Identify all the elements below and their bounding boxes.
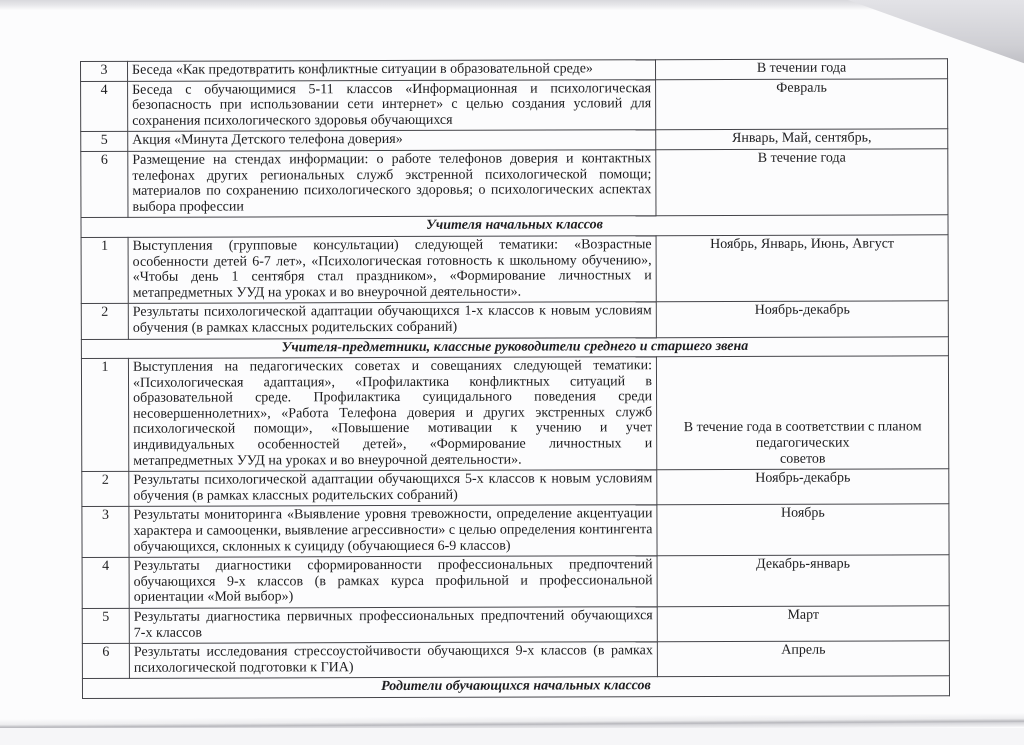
row-number-cell: 6	[81, 151, 128, 218]
timing-cell: В течении года	[655, 59, 947, 80]
activity-cell: Выступления (групповые консультации) сле…	[128, 236, 656, 304]
timing-cell: Февраль	[656, 78, 948, 130]
table-row: 6 Результаты исследования стрессоустойчи…	[82, 641, 949, 679]
activity-cell: Результаты исследования стрессоустойчиво…	[129, 642, 657, 679]
scanned-page: 3 Беседа «Как предотвратить конфликтные …	[80, 58, 949, 699]
section-header-cell: Учителя начальных классов	[81, 215, 948, 237]
table-row: 5 Акция «Минута Детского телефона довери…	[81, 129, 948, 151]
timing-cell: Март	[657, 606, 949, 642]
section-header-cell: Родители обучающихся начальных классов	[82, 676, 949, 698]
activity-cell: Результаты диагностики сформированности …	[129, 556, 657, 608]
table-row: 5 Результаты диагностика первичных профе…	[82, 606, 949, 644]
row-number-cell: 4	[81, 81, 128, 132]
schedule-table: 3 Беседа «Как предотвратить конфликтные …	[80, 58, 950, 699]
section-header-cell: Учителя-предметники, классные руководите…	[81, 336, 948, 358]
schedule-table-body: 3 Беседа «Как предотвратить конфликтные …	[81, 59, 950, 699]
row-number-cell: 4	[82, 558, 129, 609]
activity-cell: Беседа «Как предотвратить конфликтные си…	[128, 60, 656, 81]
timing-cell: В течение года	[656, 149, 948, 216]
activity-cell: Результаты психологической адаптации обу…	[128, 302, 656, 339]
timing-cell: Апрель	[657, 641, 949, 677]
section-header-row: Родители обучающихся начальных классов	[82, 676, 949, 698]
row-number-cell: 1	[81, 237, 128, 304]
timing-cell: Ноябрь-декабрь	[657, 469, 949, 505]
table-row: 4 Результаты диагностики сформированност…	[82, 555, 949, 609]
row-number-cell: 3	[82, 507, 129, 558]
row-number-cell: 2	[82, 472, 129, 507]
row-number-cell: 5	[82, 608, 129, 643]
timing-cell: Ноябрь-декабрь	[656, 301, 948, 337]
table-row: 1 Выступления (групповые консультации) с…	[81, 235, 948, 304]
activity-cell: Выступления на педагогических советах и …	[128, 357, 656, 472]
row-number-cell: 1	[81, 358, 128, 471]
section-header-row: Учителя начальных классов	[81, 215, 948, 237]
scan-bottom-area	[0, 728, 1024, 745]
section-header-row: Учителя-предметники, классные руководите…	[81, 336, 948, 358]
table-row: 3 Беседа «Как предотвратить конфликтные …	[81, 59, 948, 81]
activity-cell: Беседа с обучающимися 5-11 классов «Инфо…	[128, 79, 656, 131]
activity-cell: Результаты мониторинга «Выявление уровня…	[129, 505, 657, 557]
row-number-cell: 3	[81, 61, 128, 81]
timing-cell: Ноябрь	[657, 504, 949, 556]
timing-cell: В течение года в соответствии с планом п…	[656, 356, 948, 470]
timing-cell: Январь, Май, сентябрь,	[656, 129, 948, 150]
table-row: 2 Результаты психологической адаптации о…	[82, 469, 949, 507]
timing-cell: Декабрь-январь	[657, 555, 949, 607]
table-row: 1 Выступления на педагогических советах …	[81, 356, 948, 472]
row-number-cell: 5	[81, 132, 128, 152]
activity-cell: Результаты диагностика первичных професс…	[129, 607, 657, 644]
table-row: 4 Беседа с обучающимися 5-11 классов «Ин…	[81, 78, 948, 132]
activity-cell: Акция «Минута Детского телефона доверия»	[128, 130, 656, 151]
table-row: 3 Результаты мониторинга «Выявление уров…	[82, 504, 949, 558]
table-row: 6 Размещение на стендах информации: о ра…	[81, 149, 948, 218]
row-number-cell: 2	[81, 304, 128, 339]
activity-cell: Результаты психологической адаптации обу…	[129, 470, 657, 507]
activity-cell: Размещение на стендах информации: о рабо…	[128, 150, 656, 218]
timing-cell: Ноябрь, Январь, Июнь, Август	[656, 235, 948, 302]
row-number-cell: 6	[82, 644, 129, 679]
table-row: 2 Результаты психологической адаптации о…	[81, 301, 948, 339]
